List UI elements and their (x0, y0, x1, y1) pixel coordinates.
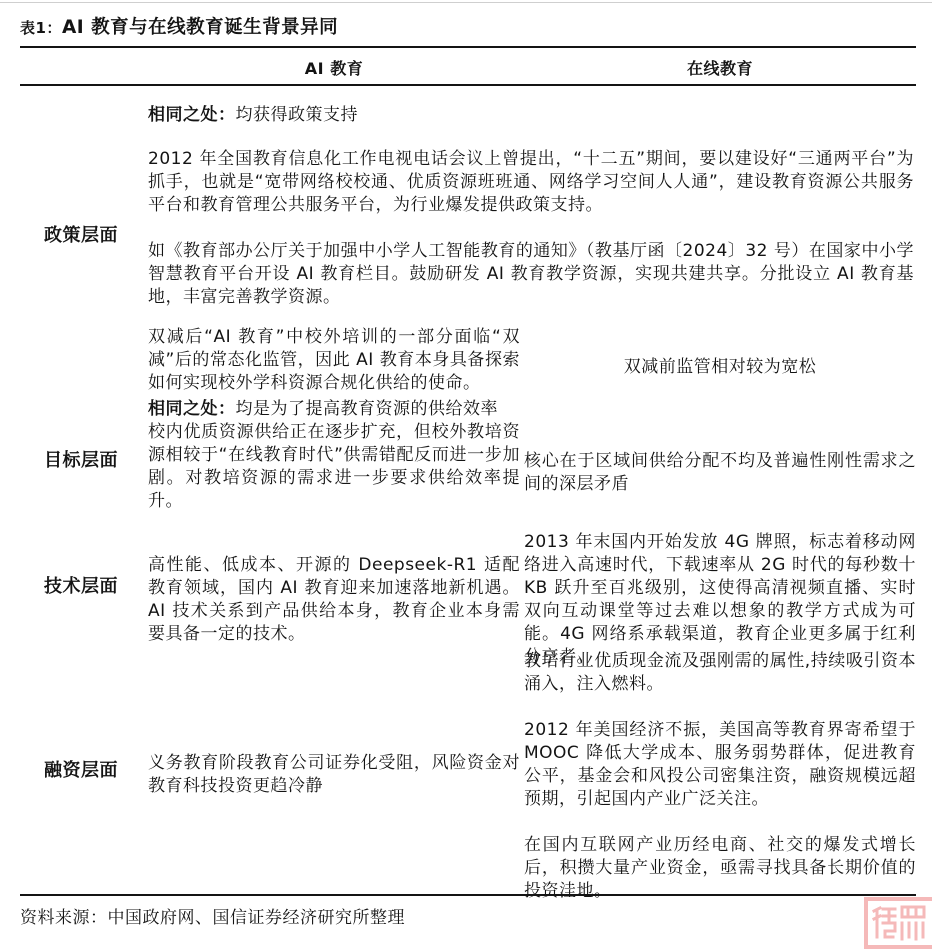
financing-online-paragraph-1: 教培行业优质现金流及强刚需的属性,持续吸引资本涌入，注入燃料。 (524, 650, 916, 696)
goal-common-point: 相同之处：均是为了提高教育资源的供给效率 (148, 398, 914, 421)
divider-header (20, 84, 916, 86)
common-point-label: 相同之处： (148, 399, 236, 419)
technology-ai-cell: 高性能、低成本、开源的 Deepseek-R1 适配教育领域，国内 AI 教育迎… (148, 554, 520, 646)
source-note: 资料来源：中国政府网、国信证券经济研究所整理 (20, 907, 405, 930)
common-point-text: 均获得政策支持 (236, 105, 359, 125)
financing-ai-cell: 义务教育阶段教育公司证券化受阻，风险资金对教育科技投资更趋冷静 (148, 752, 520, 798)
column-header-online-education: 在线教育 (524, 57, 916, 80)
seal-watermark-icon (864, 897, 932, 949)
policy-shared-paragraph-2: 如《教育部办公厅关于加强中小学人工智能教育的通知》（教基厅函〔2024〕32 号… (148, 240, 914, 309)
row-label-financing: 融资层面 (44, 759, 144, 782)
policy-ai-cell: 双减后“AI 教育”中校外培训的一部分面临“双减”后的常态化监管，因此 AI 教… (148, 326, 520, 395)
policy-online-cell: 双减前监管相对较为宽松 (524, 356, 916, 379)
row-label-goal: 目标层面 (44, 449, 144, 472)
row-label-policy: 政策层面 (44, 224, 144, 247)
goal-online-cell: 核心在于区域间供给分配不均及普遍性刚性需求之间的深层矛盾 (524, 450, 916, 496)
financing-online-paragraph-3: 在国内互联网产业历经电商、社交的爆发式增长后，积攒大量产业资金，亟需寻找具备长期… (524, 834, 916, 903)
table-title-text: AI 教育与在线教育诞生背景异同 (62, 17, 338, 38)
table-number: 表1： (20, 19, 62, 37)
row-label-technology: 技术层面 (44, 575, 144, 598)
table-figure: 表1：AI 教育与在线教育诞生背景异同 AI 教育 在线教育 政策层面 相同之处… (0, 0, 932, 952)
divider-top (20, 46, 916, 48)
goal-ai-cell: 校内优质资源供给正在逐步扩充，但校外教培资源相较于“在线教育时代”供需错配反而进… (148, 421, 520, 513)
technology-online-cell: 2013 年末国内开始发放 4G 牌照，标志着移动网络进入高速时代，下载速率从 … (524, 531, 916, 669)
divider-bottom (20, 894, 916, 896)
column-header-ai-education: AI 教育 (148, 57, 520, 80)
policy-common-point: 相同之处：均获得政策支持 (148, 104, 914, 127)
policy-shared-paragraph-1: 2012 年全国教育信息化工作电视电话会议上曾提出，“十二五”期间，要以建设好“… (148, 148, 914, 217)
financing-online-paragraph-2: 2012 年美国经济不振，美国高等教育界寄希望于 MOOC 降低大学成本、服务弱… (524, 719, 916, 811)
common-point-text: 均是为了提高教育资源的供给效率 (236, 399, 499, 419)
common-point-label: 相同之处： (148, 105, 236, 125)
page-top-border (0, 2, 932, 3)
table-title: 表1：AI 教育与在线教育诞生背景异同 (20, 16, 338, 40)
